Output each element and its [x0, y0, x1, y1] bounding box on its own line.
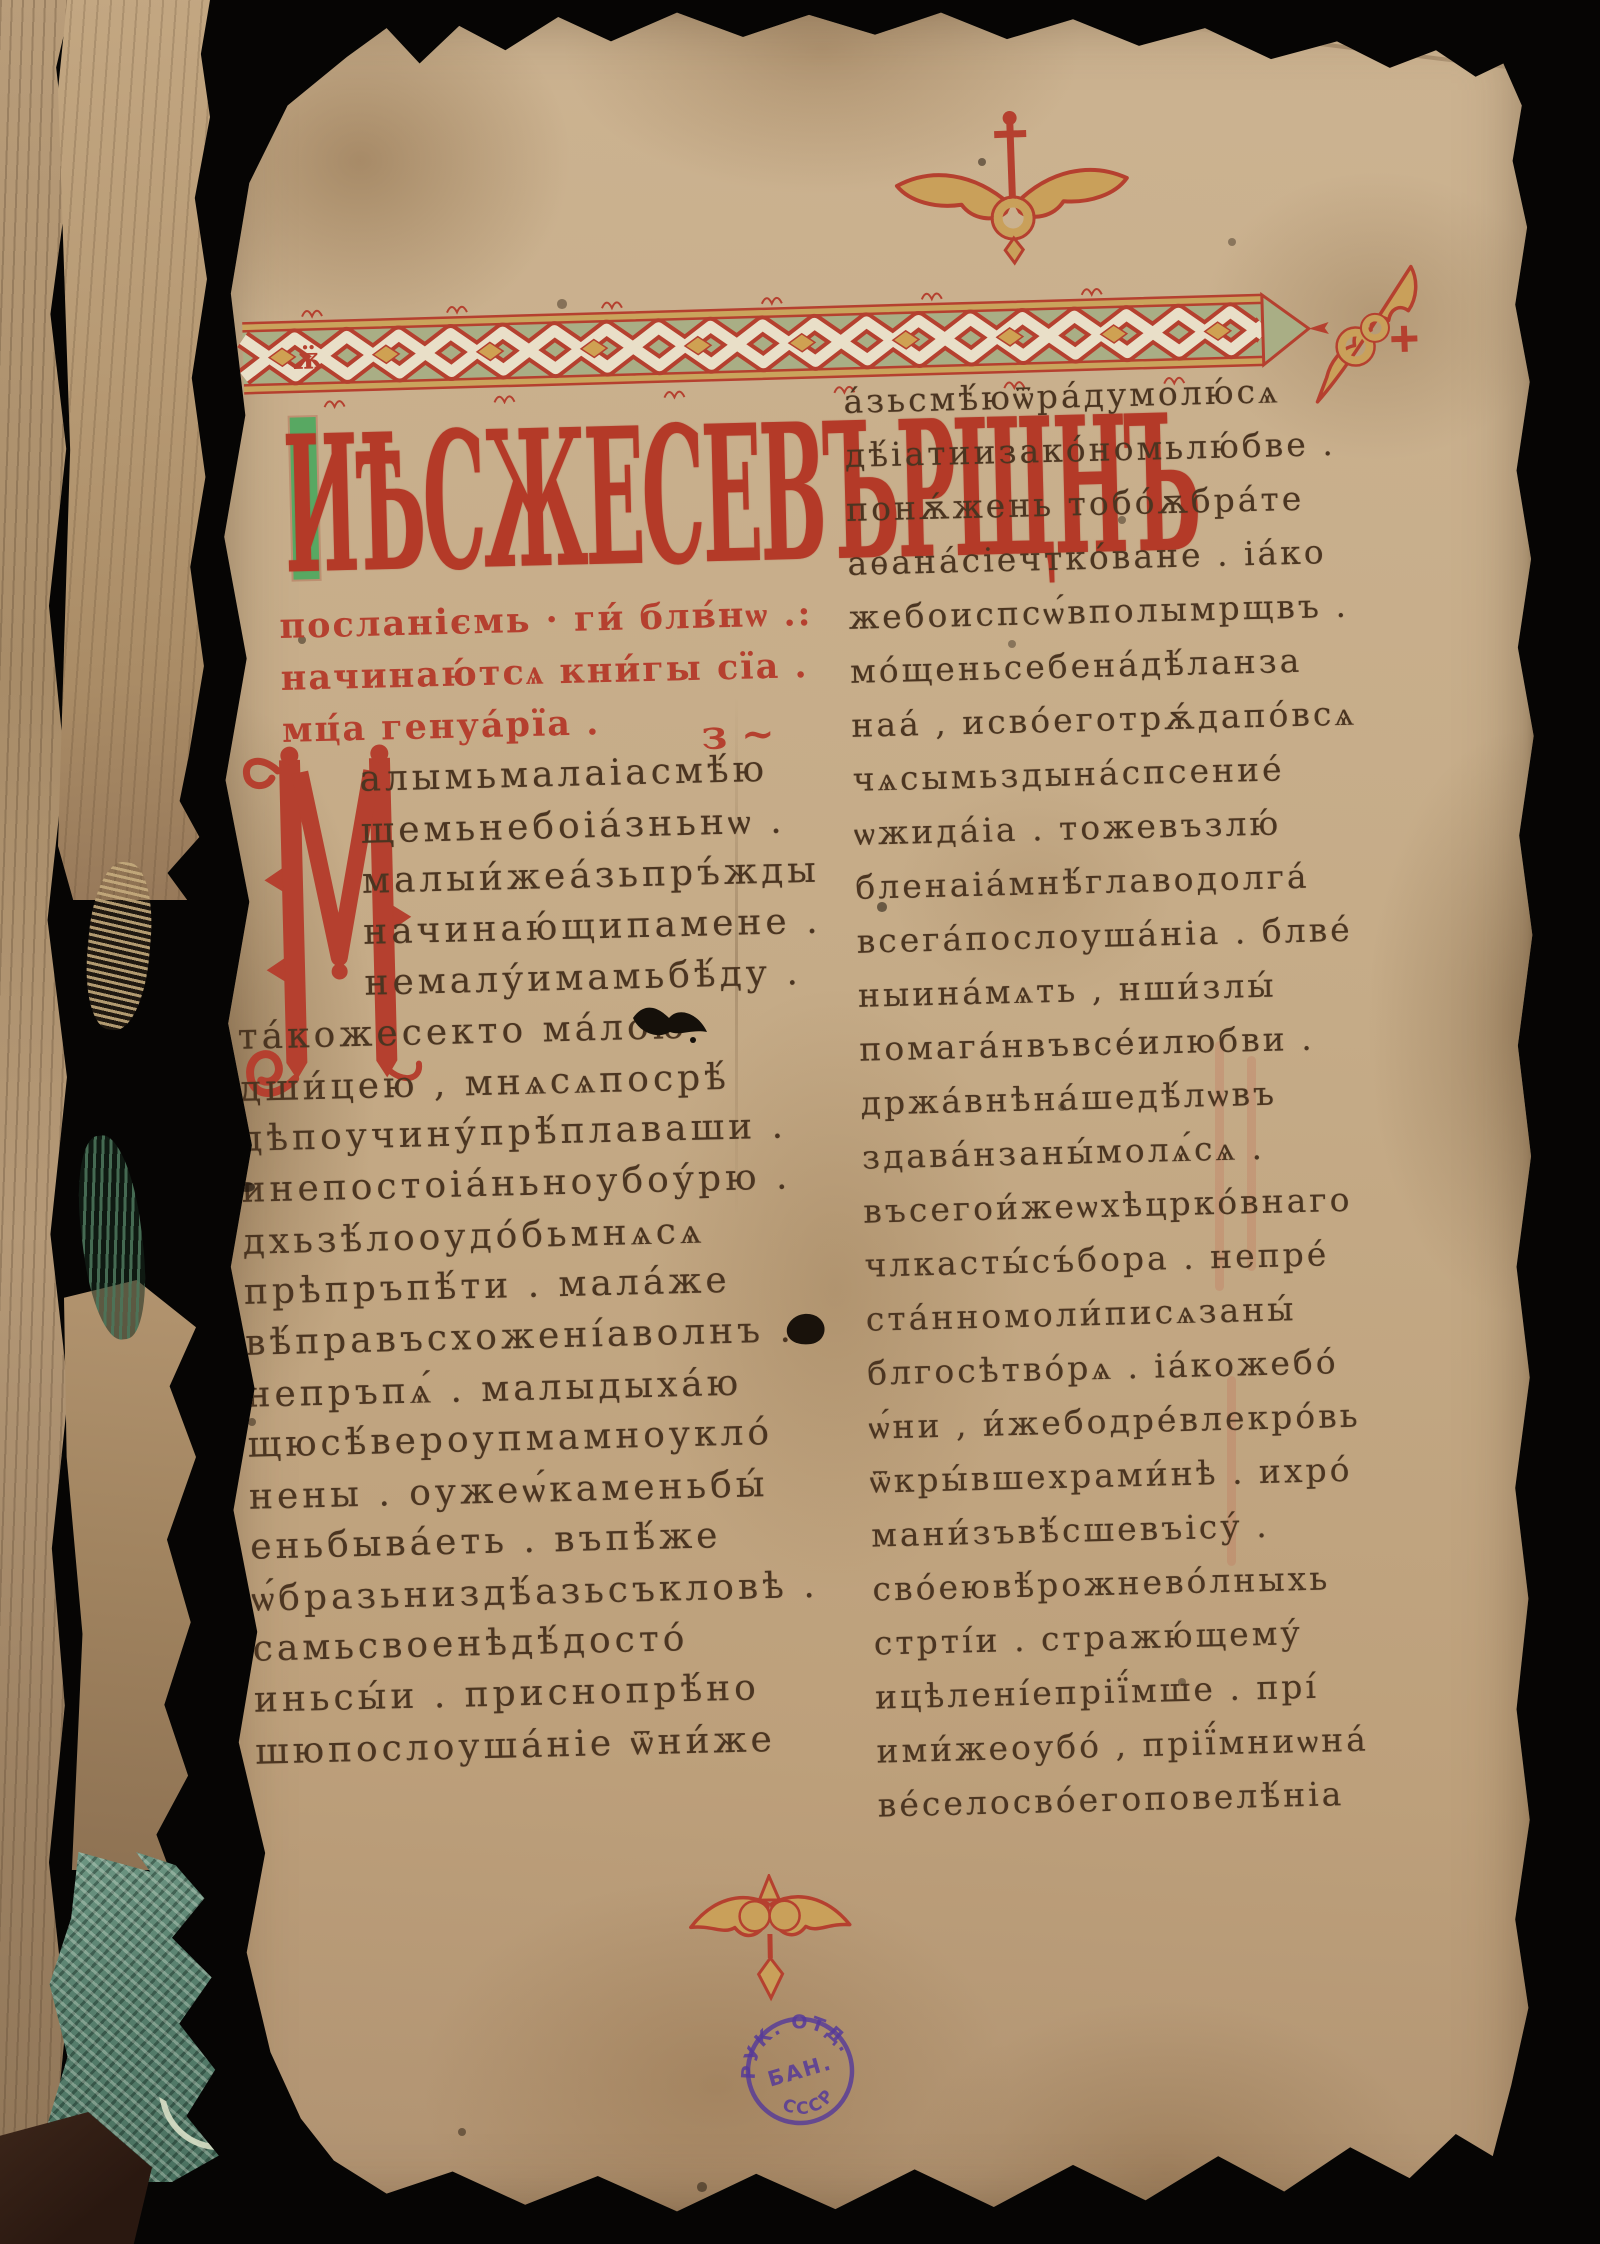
page-crease [1176, 24, 1593, 79]
marginal-mark: ѫ̈ [293, 341, 324, 377]
ink-blot [781, 1306, 831, 1348]
loose-thread [159, 2077, 255, 2163]
ink-blot [629, 988, 713, 1046]
winged-palmette-finial-icon [884, 102, 1139, 271]
torn-stub-leaf [58, 0, 210, 900]
ink-specks [215, 6, 219, 10]
library-stamp: РУК. ОТД. БАН. СССР [717, 1988, 883, 2154]
left-text-column: алымьмалаіасмѣ́ющемьнебоіа́зньнѡ .малыи́… [231, 747, 856, 1781]
right-text-column: а́зьсмѣ́юѿра́думолю́сѧдѣ́іатиизако́номьл… [843, 368, 1458, 1840]
binding-stub-leaf [0, 0, 72, 2244]
title-block: ИѢСЖЕСЕВЪРЩНЪ [275, 378, 840, 604]
manuscript-page: ѫ̈ ИѢСЖЕСЕВЪРЩНЪ посланіємь · ги́ блв́нѡ… [215, 6, 1535, 2218]
knot-palmette-tailpiece-icon [682, 1872, 859, 2005]
ink-smudge [239, 1182, 255, 1192]
torn-stub-fragment [64, 1280, 196, 1870]
manuscript-photo: ѫ̈ ИѢСЖЕСЕВЪРЩНЪ посланіємь · ги́ блв́нѡ… [0, 0, 1600, 2244]
rubric-block: посланіємь · ги́ блв́нѡ .:начинаю́тсѧ кн… [279, 591, 883, 762]
